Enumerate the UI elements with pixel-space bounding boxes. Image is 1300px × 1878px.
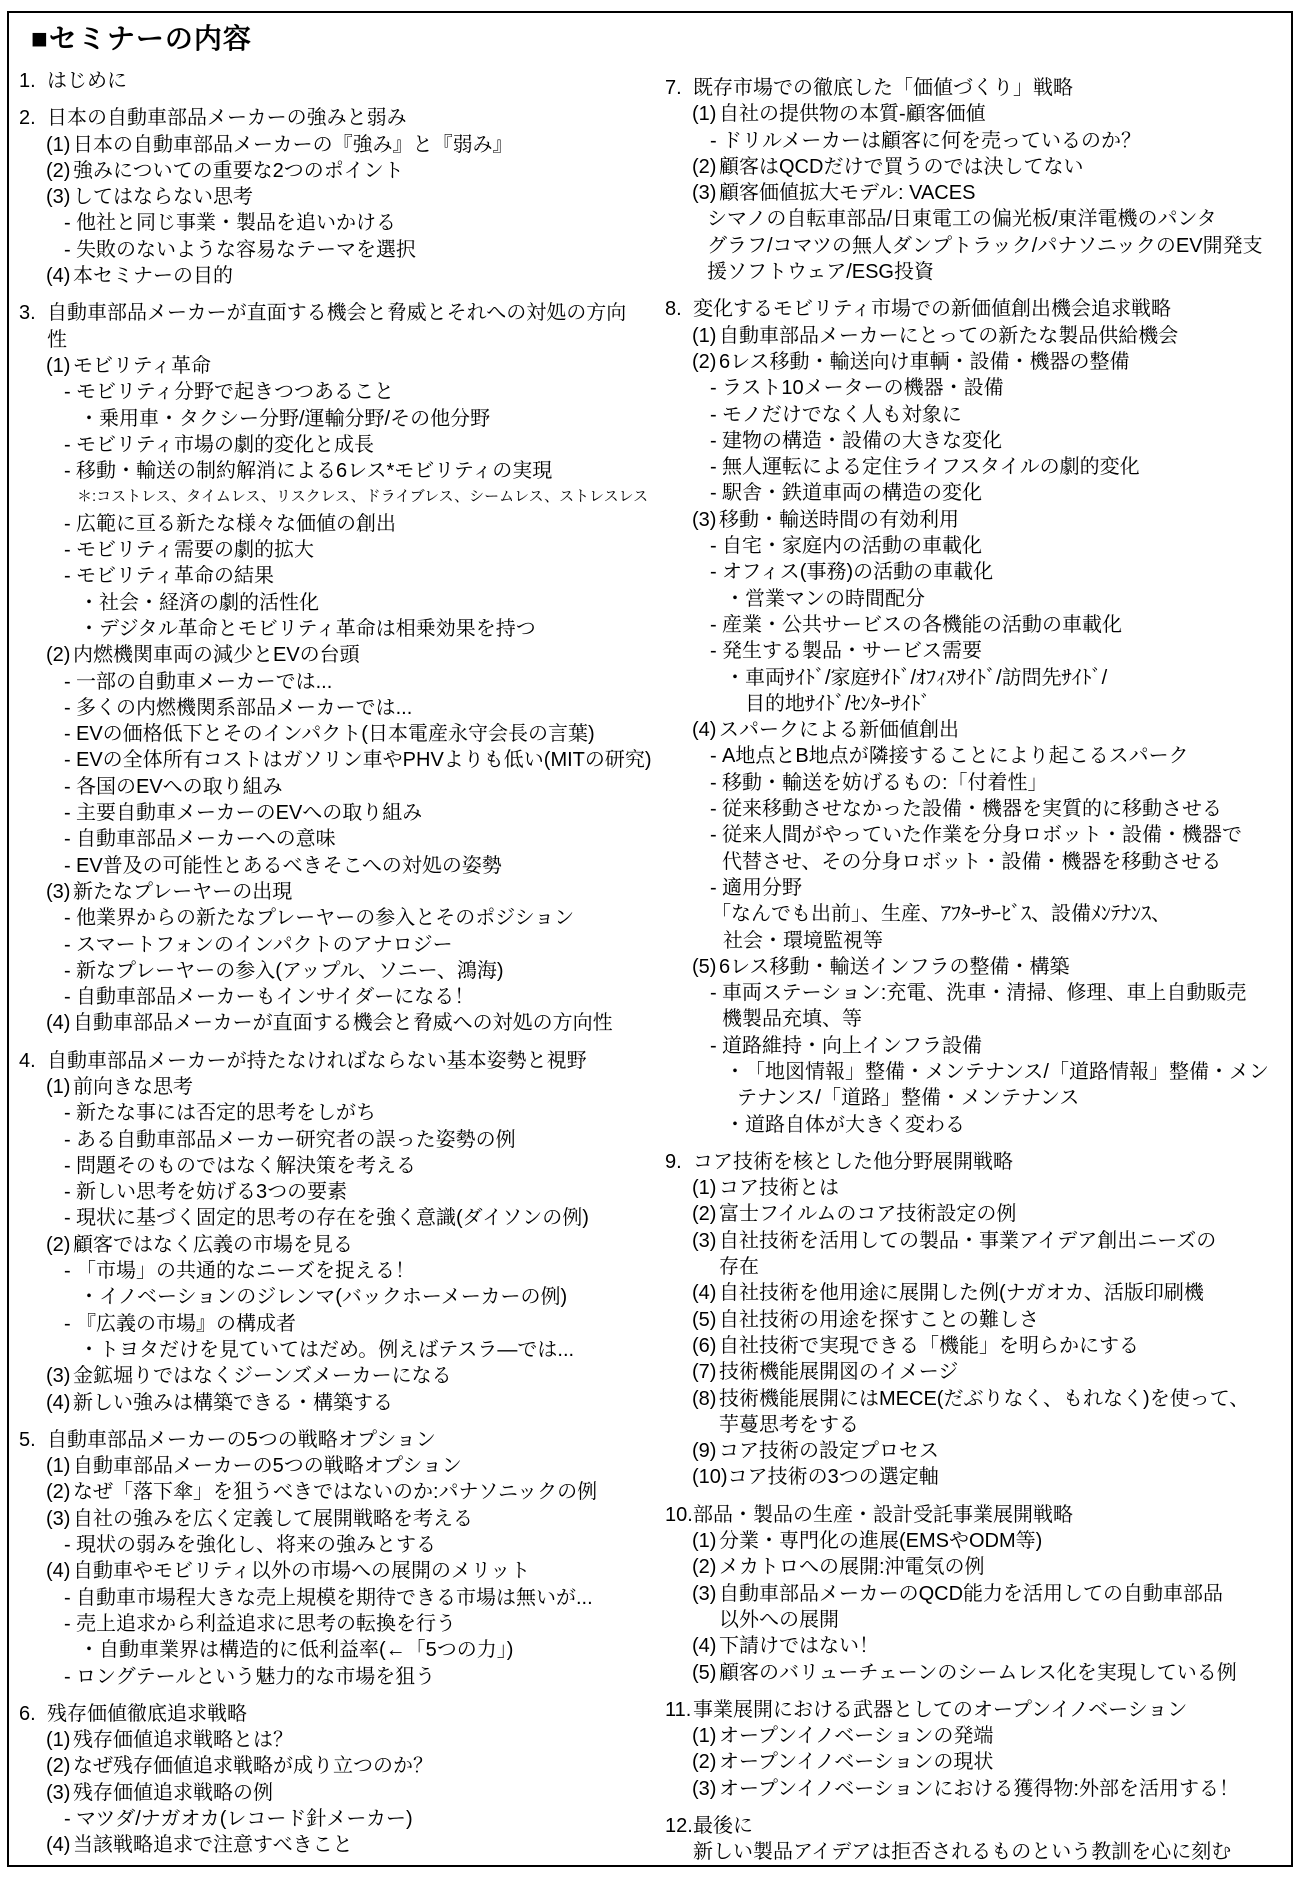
item-label: - <box>64 1258 76 1284</box>
item-text: 従来移動させなかった設備・機器を実質的に移動させる <box>722 798 1222 820</box>
section-number: 7. <box>665 75 693 101</box>
item-label: - <box>64 1153 76 1179</box>
outline-item: ・自動車業界は構造的に低利益率(←「5つの力」) <box>19 1637 665 1663</box>
item-label: (1) <box>46 132 73 158</box>
item-label: (1) <box>46 1727 73 1753</box>
item-text: 「地図情報」整備・メンテナンス/「道路情報」整備・メン <box>745 1061 1269 1083</box>
outline-item: -広範に亘る新たな様々な価値の創出 <box>19 511 665 537</box>
left-column: ■セミナーの内容 1.はじめに2.日本の自動車部品メーカーの強みと弱み(1)日本… <box>19 21 665 1866</box>
item-text: 技術機能展開にはMECE(だぶりなく、もれなく)を使って、 <box>719 1388 1249 1410</box>
item-text: 新しい思考を妨げる3つの要素 <box>76 1181 347 1203</box>
outline-item: -『広義の市場』の構成者 <box>19 1311 665 1337</box>
section: 2.日本の自動車部品メーカーの強みと弱み(1)日本の自動車部品メーカーの『強み』… <box>19 105 665 289</box>
item-label: (3) <box>46 184 73 210</box>
outline-item: -EV普及の可能性とあるべきそこへの対処の姿勢 <box>19 853 665 879</box>
outline-item: (1)前向きな思考 <box>19 1074 665 1100</box>
item-text: A地点とB地点が隣接することにより起こるスパーク <box>722 745 1189 767</box>
item-text: 自動車部品メーカーへの意味 <box>76 828 336 850</box>
outline-item: 社会・環境監視等 <box>665 928 1287 954</box>
section: 1.はじめに <box>19 68 665 94</box>
item-text: 社会・環境監視等 <box>723 930 883 952</box>
item-label: - <box>64 210 76 236</box>
section-number: 6. <box>19 1701 47 1727</box>
item-label: - <box>710 375 722 401</box>
section: 11.事業展開における武器としてのオープンイノベーション(1)オープンイノベーシ… <box>665 1697 1287 1802</box>
section-title: はじめに <box>47 70 127 92</box>
outline-item: -産業・公共サービスの各機能の活動の車載化 <box>665 612 1287 638</box>
item-label: - <box>64 853 76 879</box>
item-label: - <box>64 432 76 458</box>
item-label: ・ <box>79 1637 99 1663</box>
outline-item: (4)当該戦略追求で注意すべきこと <box>19 1832 665 1858</box>
item-text: 富士フイルムのコア技術設定の例 <box>719 1203 1016 1225</box>
outline-item: -モビリティ市場の劇的変化と成長 <box>19 432 665 458</box>
item-text: 当該戦略追求で注意すべきこと <box>73 1834 353 1856</box>
item-label: (4) <box>692 1280 719 1306</box>
item-label: (3) <box>692 1776 719 1802</box>
section: 10.部品・製品の生産・設計受託事業展開戦略(1)分業・専門化の進展(EMSやO… <box>665 1502 1287 1686</box>
outline-item: (2)内燃機関車両の減少とEVの台頭 <box>19 642 665 668</box>
item-text: 自社技術の用途を探すことの難しさ <box>719 1309 1039 1331</box>
item-label: (3) <box>692 507 719 533</box>
item-text: モノだけでなく人も対象に <box>722 404 962 426</box>
item-text: 自社の強みを広く定義して展開戦略を考える <box>73 1508 473 1530</box>
item-text: 代替させ、その分身ロボット・設備・機器を移動させる <box>722 851 1221 873</box>
columns: ■セミナーの内容 1.はじめに2.日本の自動車部品メーカーの強みと弱み(1)日本… <box>9 13 1291 1866</box>
section-heading: 10.部品・製品の生産・設計受託事業展開戦略 <box>665 1502 1287 1528</box>
section-title: 自動車部品メーカーが直面する機会と脅威とそれへの対処の方向 <box>47 302 626 324</box>
outline-item: 援ソフトウェア/ESG投資 <box>665 259 1287 285</box>
outline-item: -無人運転による定住ライフスタイルの劇的変化 <box>665 454 1287 480</box>
item-label: (2) <box>692 1554 719 1580</box>
item-label: (2) <box>46 158 73 184</box>
item-label: (10) <box>692 1464 728 1490</box>
item-text: 従来人間がやっていた作業を分身ロボット・設備・機器で <box>722 824 1242 846</box>
item-text: ラスト10メーターの機器・設備 <box>722 377 1004 399</box>
outline-item: (3)してはならない思考 <box>19 184 665 210</box>
item-text: 車両ステーション:充電、洗車・清掃、修理、車上自動販売 <box>722 982 1246 1004</box>
item-text: 営業マンの時間配分 <box>745 588 925 610</box>
section-heading: 2.日本の自動車部品メーカーの強みと弱み <box>19 105 665 131</box>
outline-item: -問題そのものではなく解決策を考える <box>19 1153 665 1179</box>
outline-item: -車両ステーション:充電、洗車・清掃、修理、車上自動販売 <box>665 980 1287 1006</box>
item-text: オープンイノベーションにおける獲得物:外部を活用する！ <box>719 1778 1239 1800</box>
item-text: 日本の自動車部品メーカーの『強み』と『弱み』 <box>73 134 513 156</box>
item-text: 自動車部品メーカーにとっての新たな製品供給機会 <box>719 325 1178 347</box>
outline-item: -スマートフォンのインパクトのアナロジー <box>19 932 665 958</box>
outline-item: (10)コア技術の3つの選定軸 <box>665 1464 1287 1490</box>
item-text: オープンイノベーションの現状 <box>719 1751 993 1773</box>
item-label: - <box>64 1311 76 1337</box>
item-text: 問題そのものではなく解決策を考える <box>76 1155 416 1177</box>
item-label: - <box>64 1611 76 1637</box>
item-text: 6レス移動・輸送向け車輌・設備・機器の整備 <box>719 351 1130 373</box>
outline-item: -発生する製品・サービス需要 <box>665 638 1287 664</box>
section-title: 部品・製品の生産・設計受託事業展開戦略 <box>693 1504 1073 1526</box>
item-text: モビリティ分野で起きつつあること <box>76 381 394 403</box>
item-label: ・ <box>725 586 745 612</box>
outline-item: -建物の構造・設備の大きな変化 <box>665 428 1287 454</box>
outline-item: (3)移動・輸送時間の有効利用 <box>665 507 1287 533</box>
section-title: コア技術を核とした他分野展開戦略 <box>693 1151 1013 1173</box>
outline-item: -自動車市場程大きな売上規模を期待できる市場は無いが... <box>19 1585 665 1611</box>
outline-item: (1)コア技術とは <box>665 1175 1287 1201</box>
outline-item: ・乗用車・タクシー分野/運輸分野/その他分野 <box>19 406 665 432</box>
item-label: - <box>64 537 76 563</box>
outline-item: (2)オープンイノベーションの現状 <box>665 1749 1287 1775</box>
item-label: - <box>64 1585 76 1611</box>
outline-item: ・デジタル革命とモビリティ革命は相乗効果を持つ <box>19 616 665 642</box>
outline-item: -他業界からの新たなプレーヤーの参入とそのポジション <box>19 905 665 931</box>
outline-item: (3)自動車部品メーカーのQCD能力を活用しての自動車部品 <box>665 1581 1287 1607</box>
item-text: 現状に基づく固定的思考の存在を強く意識(ダイソンの例) <box>76 1207 589 1229</box>
item-text: オープンイノベーションの発端 <box>719 1725 993 1747</box>
item-text: コア技術とは <box>719 1177 839 1199</box>
section-number: 4. <box>19 1048 47 1074</box>
item-text: モビリティ革命 <box>73 355 211 377</box>
item-text: 新しい強みは構築できる・構築する <box>73 1392 393 1414</box>
item-label: (1) <box>692 101 719 127</box>
item-label: - <box>710 428 722 454</box>
item-label: (2) <box>46 1232 73 1258</box>
outline-item: -道路維持・向上インフラ設備 <box>665 1033 1287 1059</box>
item-label: - <box>64 826 76 852</box>
item-label: - <box>710 402 722 428</box>
item-label: - <box>64 1664 76 1690</box>
section-number: 10. <box>665 1502 693 1528</box>
item-text: ドリルメーカーは顧客に何を売っているのか？ <box>722 130 1141 152</box>
item-text: 売上追求から利益追求に思考の転換を行う <box>76 1613 456 1635</box>
outline-item: (4)自動車やモビリティ以外の市場への展開のメリット <box>19 1558 665 1584</box>
outline-item: -モビリティ分野で起きつつあること <box>19 379 665 405</box>
section-number: 5. <box>19 1427 47 1453</box>
outline-item: (2)6レス移動・輸送向け車輌・設備・機器の整備 <box>665 349 1287 375</box>
item-label: ・ <box>79 1284 99 1310</box>
item-text: 適用分野 <box>722 877 802 899</box>
outline-item: -「市場」の共通的なニーズを捉える！ <box>19 1258 665 1284</box>
outline-item: 目的地ｻｲﾄﾞ/ｾﾝﾀｰｻｲﾄﾞ <box>665 691 1287 717</box>
item-text: オフィス(事務)の活動の車載化 <box>722 561 993 583</box>
item-label: (3) <box>46 879 73 905</box>
item-label: (3) <box>692 180 719 206</box>
item-text: EV普及の可能性とあるべきそこへの対処の姿勢 <box>76 855 502 877</box>
item-label: - <box>64 379 76 405</box>
outline-item: グラフ/コマツの無人ダンプトラック/パナソニックのEV開発支 <box>665 233 1287 259</box>
outline-item: (3)オープンイノベーションにおける獲得物:外部を活用する！ <box>665 1776 1287 1802</box>
section-heading: 4.自動車部品メーカーが持たなければならない基本姿勢と視野 <box>19 1048 665 1074</box>
outline-item: ・イノベーションのジレンマ(バックホーメーカーの例) <box>19 1284 665 1310</box>
outline-item: ・「地図情報」整備・メンテナンス/「道路情報」整備・メン <box>665 1059 1287 1085</box>
item-label: (1) <box>692 1175 719 1201</box>
outline-item: (9)コア技術の設定プロセス <box>665 1438 1287 1464</box>
section-number: 3. <box>19 300 47 326</box>
item-text: 6レス移動・輸送インフラの整備・構築 <box>719 956 1070 978</box>
item-text: 新たなプレーヤーの出現 <box>73 881 292 903</box>
section-number: 8. <box>665 296 693 322</box>
section-number: 12. <box>665 1813 693 1839</box>
item-text: 広範に亘る新たな様々な価値の創出 <box>76 513 396 535</box>
item-text: 『広義の市場』の構成者 <box>76 1313 296 1335</box>
outline-item: (4)自社技術を他用途に展開した例(ナガオカ、活版印刷機 <box>665 1280 1287 1306</box>
item-text: 建物の構造・設備の大きな変化 <box>722 430 1002 452</box>
outline-item: (2)富士フイルムのコア技術設定の例 <box>665 1201 1287 1227</box>
item-text: 残存価値追求戦略とは？ <box>73 1729 293 1751</box>
section-heading: 3.自動車部品メーカーが直面する機会と脅威とそれへの対処の方向 <box>19 300 665 326</box>
outline-item: (1)残存価値追求戦略とは？ <box>19 1727 665 1753</box>
item-label: (3) <box>692 1228 719 1254</box>
item-label: - <box>710 638 722 664</box>
outline-item: テナンス/「道路」整備・メンテナンス <box>665 1085 1287 1111</box>
item-label: (5) <box>692 954 719 980</box>
outline-item: -駅舎・鉄道車両の構造の変化 <box>665 480 1287 506</box>
item-label: (1) <box>692 323 719 349</box>
outline-item: 機製品充填、等 <box>665 1006 1287 1032</box>
outline-item: 芋蔓思考をする <box>665 1412 1287 1438</box>
outline-item: -モノだけでなく人も対象に <box>665 402 1287 428</box>
item-text: コア技術の3つの選定軸 <box>728 1466 939 1488</box>
item-text: 各国のEVへの取り組み <box>76 776 283 798</box>
item-text: モビリティ革命の結果 <box>76 565 274 587</box>
item-text: 新しい製品アイデアは拒否されるものという教訓を心に刻む <box>693 1841 1231 1863</box>
section-number: 9. <box>665 1149 693 1175</box>
item-label: - <box>710 1033 722 1059</box>
section-heading: 9.コア技術を核とした他分野展開戦略 <box>665 1149 1287 1175</box>
item-label: - <box>64 984 76 1010</box>
item-text: 顧客はQCDだけで買うのでは決してない <box>719 156 1083 178</box>
item-label: ・ <box>725 1059 745 1085</box>
item-text: スマートフォンのインパクトのアナロジー <box>76 934 453 956</box>
outline-item: (1)日本の自動車部品メーカーの『強み』と『弱み』 <box>19 132 665 158</box>
outline-item: -A地点とB地点が隣接することにより起こるスパーク <box>665 743 1287 769</box>
section-heading: 1.はじめに <box>19 68 665 94</box>
item-label: ・ <box>79 1337 99 1363</box>
item-label: (4) <box>46 263 73 289</box>
item-text: なぜ残存価値追求戦略が成り立つのか？ <box>73 1755 433 1777</box>
column-spacer <box>665 21 1287 64</box>
item-label: - <box>710 612 722 638</box>
item-label: (7) <box>692 1359 719 1385</box>
item-label: (9) <box>692 1438 719 1464</box>
outline-item: -新たな事には否定的思考をしがち <box>19 1100 665 1126</box>
outline-item: -ラスト10メーターの機器・設備 <box>665 375 1287 401</box>
item-text: 芋蔓思考をする <box>719 1414 859 1436</box>
item-text: 援ソフトウェア/ESG投資 <box>707 261 934 283</box>
item-text: テナンス/「道路」整備・メンテナンス <box>737 1087 1079 1109</box>
section-title: 日本の自動車部品メーカーの強みと弱み <box>47 107 407 129</box>
item-text: モビリティ需要の劇的拡大 <box>76 539 314 561</box>
outline-item: (2)強みについての重要な2つのポイント <box>19 158 665 184</box>
item-text: 前向きな思考 <box>73 1076 193 1098</box>
item-text: 移動・輸送を妨げるもの:「付着性」 <box>722 772 1048 794</box>
item-text: 多くの内燃機関系部品メーカーでは... <box>76 697 412 719</box>
outline-item: (4)新しい強みは構築できる・構築する <box>19 1390 665 1416</box>
outline-item: (6)自社技術で実現できる「機能」を明らかにする <box>665 1333 1287 1359</box>
item-label: ・ <box>79 406 99 432</box>
item-label: (3) <box>46 1363 73 1389</box>
outline-item: (2)メカトロへの展開:沖電気の例 <box>665 1554 1287 1580</box>
outline-item: シマノの自転車部品/日東電工の偏光板/東洋電機のパンタ <box>665 206 1287 232</box>
item-label: - <box>64 511 76 537</box>
item-label: - <box>710 454 722 480</box>
item-label: (5) <box>692 1307 719 1333</box>
outline-item: -失敗のないような容易なテーマを選択 <box>19 237 665 263</box>
section-heading: 8.変化するモビリティ市場での新価値創出機会追求戦略 <box>665 296 1287 322</box>
item-label: - <box>64 458 76 484</box>
item-text: グラフ/コマツの無人ダンプトラック/パナソニックのEV開発支 <box>707 235 1263 257</box>
outline-item: 存在 <box>665 1254 1287 1280</box>
outline-item: -モビリティ革命の結果 <box>19 563 665 589</box>
item-text: 機製品充填、等 <box>722 1008 862 1030</box>
outline-item: ・営業マンの時間配分 <box>665 586 1287 612</box>
outline-item: (7)技術機能展開図のイメージ <box>665 1359 1287 1385</box>
item-text: 現状の弱みを強化し、将来の強みとする <box>76 1534 436 1556</box>
outline-item: (2)顧客ではなく広義の市場を見る <box>19 1232 665 1258</box>
item-label: - <box>710 822 722 848</box>
section-heading: 12.最後に <box>665 1813 1287 1839</box>
section-heading: 7.既存市場での徹底した「価値づくり」戦略 <box>665 75 1287 101</box>
item-label: - <box>64 1100 76 1126</box>
outline-item: -多くの内燃機関系部品メーカーでは... <box>19 695 665 721</box>
item-text: 金鉱堀りではなくジーンズメーカーになる <box>73 1365 452 1387</box>
outline-item: -モビリティ需要の劇的拡大 <box>19 537 665 563</box>
outline-item: (5)6レス移動・輸送インフラの整備・構築 <box>665 954 1287 980</box>
section-number: 1. <box>19 68 47 94</box>
item-label: - <box>64 669 76 695</box>
outline-item: -売上追求から利益追求に思考の転換を行う <box>19 1611 665 1637</box>
item-label: - <box>64 237 76 263</box>
item-label: - <box>710 128 722 154</box>
outline-item: -現状に基づく固定的思考の存在を強く意識(ダイソンの例) <box>19 1205 665 1231</box>
outline-item: -自動車部品メーカーへの意味 <box>19 826 665 852</box>
outline-item: 新しい製品アイデアは拒否されるものという教訓を心に刻む <box>665 1839 1287 1865</box>
item-label: - <box>710 875 722 901</box>
item-label: - <box>64 774 76 800</box>
outline-item: -オフィス(事務)の活動の車載化 <box>665 559 1287 585</box>
item-text: EVの全体所有コストはガソリン車やPHVよりも低い(MITの研究) <box>76 749 652 771</box>
item-label: (1) <box>692 1528 719 1554</box>
section-title: 自動車部品メーカーの5つの戦略オプション <box>47 1429 436 1451</box>
outline-item: -主要自動車メーカーのEVへの取り組み <box>19 800 665 826</box>
item-text: 強みについての重要な2つのポイント <box>73 160 404 182</box>
item-text: 自社技術を活用しての製品・事業アイデア創出ニーズの <box>719 1230 1216 1252</box>
item-text: 車両ｻｲﾄﾞ/家庭ｻｲﾄﾞ/ｵﾌｨｽｻｲﾄﾞ/訪問先ｻｲﾄﾞ/ <box>745 667 1107 689</box>
item-text: 顧客ではなく広義の市場を見る <box>73 1234 353 1256</box>
item-text: 道路自体が大きく変わる <box>745 1114 965 1136</box>
item-text: 自動車業界は構造的に低利益率(←「5つの力」) <box>99 1639 513 1661</box>
item-label: - <box>710 980 722 1006</box>
section-number: 2. <box>19 105 47 131</box>
item-text: 移動・輸送時間の有効利用 <box>719 509 959 531</box>
outline-item: (3)残存価値追求戦略の例 <box>19 1780 665 1806</box>
item-label: - <box>64 695 76 721</box>
item-text: 目的地ｻｲﾄﾞ/ｾﾝﾀｰｻｲﾄﾞ <box>745 693 931 715</box>
item-text: 「なんでも出前」、生産、ｱﾌﾀｰｻｰﾋﾞｽ、設備ﾒﾝﾃﾅﾝｽ、 <box>711 903 1171 925</box>
item-text: 新なプレーヤーの参入(アップル、ソニー、鴻海) <box>76 960 504 982</box>
item-label: (1) <box>46 1453 73 1479</box>
item-label: (2) <box>46 1479 73 1505</box>
item-text: 自動車部品メーカーの5つの戦略オプション <box>73 1455 462 1477</box>
outline-item: -他社と同じ事業・製品を追いかける <box>19 210 665 236</box>
item-label: ・ <box>79 590 99 616</box>
item-label: - <box>64 1205 76 1231</box>
outline-item: (1)自社の提供物の本質-顧客価値 <box>665 101 1287 127</box>
outline-item: (3)自社の強みを広く定義して展開戦略を考える <box>19 1506 665 1532</box>
outline-item: -従来人間がやっていた作業を分身ロボット・設備・機器で <box>665 822 1287 848</box>
item-text: 自社技術を他用途に展開した例(ナガオカ、活版印刷機 <box>719 1282 1204 1304</box>
outline-item: (2)なぜ「落下傘」を狙うべきではないのか:パナソニックの例 <box>19 1479 665 1505</box>
outline-item: ・トヨタだけを見ていてはだめ。例えばテスラ―では... <box>19 1337 665 1363</box>
item-label: (4) <box>692 1633 719 1659</box>
item-label: - <box>710 533 722 559</box>
outline-item: 「なんでも出前」、生産、ｱﾌﾀｰｻｰﾋﾞｽ、設備ﾒﾝﾃﾅﾝｽ、 <box>665 901 1287 927</box>
item-label: ・ <box>79 616 99 642</box>
item-text: ロングテールという魅力的な市場を狙う <box>76 1666 435 1688</box>
item-text: 自動車やモビリティ以外の市場への展開のメリット <box>73 1560 530 1582</box>
item-text: 技術機能展開図のイメージ <box>719 1361 958 1383</box>
item-label: (1) <box>46 1074 73 1100</box>
outline-item: (5)顧客のバリューチェーンのシームレス化を実現している例 <box>665 1660 1287 1686</box>
outline-item: (1)自動車部品メーカーにとっての新たな製品供給機会 <box>665 323 1287 349</box>
section-title: 自動車部品メーカーが持たなければならない基本姿勢と視野 <box>47 1050 587 1072</box>
outline-item: -ある自動車部品メーカー研究者の誤った姿勢の例 <box>19 1127 665 1153</box>
item-label: - <box>710 770 722 796</box>
item-text: メカトロへの展開:沖電気の例 <box>719 1556 985 1578</box>
item-label: - <box>64 747 76 773</box>
item-text: マツダ/ナガオカ(レコード針メーカー) <box>76 1808 413 1830</box>
item-label: - <box>64 932 76 958</box>
section-title: 既存市場での徹底した「価値づくり」戦略 <box>693 77 1073 99</box>
section: 6.残存価値徹底追求戦略(1)残存価値追求戦略とは？(2)なぜ残存価値追求戦略が… <box>19 1701 665 1859</box>
outline-item: ・車両ｻｲﾄﾞ/家庭ｻｲﾄﾞ/ｵﾌｨｽｻｲﾄﾞ/訪問先ｻｲﾄﾞ/ <box>665 665 1287 691</box>
item-text: ＊:コストレス、タイムレス、リスクレス、ドライブレス、シームレス、ストレスレス <box>77 488 648 505</box>
outline-item: (1)オープンイノベーションの発端 <box>665 1723 1287 1749</box>
section: 8.変化するモビリティ市場での新価値創出機会追求戦略(1)自動車部品メーカーにと… <box>665 296 1287 1138</box>
item-label: (2) <box>692 154 719 180</box>
item-label: (5) <box>692 1660 719 1686</box>
item-label: (1) <box>46 353 73 379</box>
outline-item: -移動・輸送を妨げるもの:「付着性」 <box>665 770 1287 796</box>
section-title: 事業展開における武器としてのオープンイノベーション <box>693 1699 1187 1721</box>
section: 5.自動車部品メーカーの5つの戦略オプション(1)自動車部品メーカーの5つの戦略… <box>19 1427 665 1690</box>
outline-item: (4)自動車部品メーカーが直面する機会と脅威への対処の方向性 <box>19 1010 665 1036</box>
item-label: (4) <box>46 1010 73 1036</box>
item-text: 「市場」の共通的なニーズを捉える！ <box>76 1260 415 1282</box>
item-text: 無人運転による定住ライフスタイルの劇的変化 <box>722 456 1140 478</box>
item-text: シマノの自転車部品/日東電工の偏光板/東洋電機のパンタ <box>707 208 1217 230</box>
item-text: なぜ「落下傘」を狙うべきではないのか:パナソニックの例 <box>73 1481 597 1503</box>
item-text: 下請けではない！ <box>719 1635 879 1657</box>
item-label: (2) <box>692 1201 719 1227</box>
item-label: (2) <box>46 1753 73 1779</box>
page-title: ■セミナーの内容 <box>31 21 665 57</box>
section-title: 最後に <box>693 1815 753 1837</box>
outline-item: (2)顧客はQCDだけで買うのでは決してない <box>665 154 1287 180</box>
item-text: 移動・輸送の制約解消による6レス*モビリティの実現 <box>76 460 552 482</box>
section-title: 残存価値徹底追求戦略 <box>47 1703 247 1725</box>
item-text: 他業界からの新たなプレーヤーの参入とそのポジション <box>76 907 574 929</box>
outline-item: -新なプレーヤーの参入(アップル、ソニー、鴻海) <box>19 958 665 984</box>
section: 4.自動車部品メーカーが持たなければならない基本姿勢と視野(1)前向きな思考-新… <box>19 1048 665 1416</box>
item-label: (4) <box>46 1558 73 1584</box>
item-text: スパークによる新価値創出 <box>719 719 959 741</box>
item-label: (3) <box>46 1506 73 1532</box>
item-text: 道路維持・向上インフラ設備 <box>722 1035 982 1057</box>
document-page: ■セミナーの内容 1.はじめに2.日本の自動車部品メーカーの強みと弱み(1)日本… <box>7 11 1293 1867</box>
item-text: してはならない思考 <box>73 186 253 208</box>
item-text: 産業・公共サービスの各機能の活動の車載化 <box>722 614 1122 636</box>
section: 3.自動車部品メーカーが直面する機会と脅威とそれへの対処の方向性(1)モビリティ… <box>19 300 665 1036</box>
item-label: (8) <box>692 1386 719 1412</box>
